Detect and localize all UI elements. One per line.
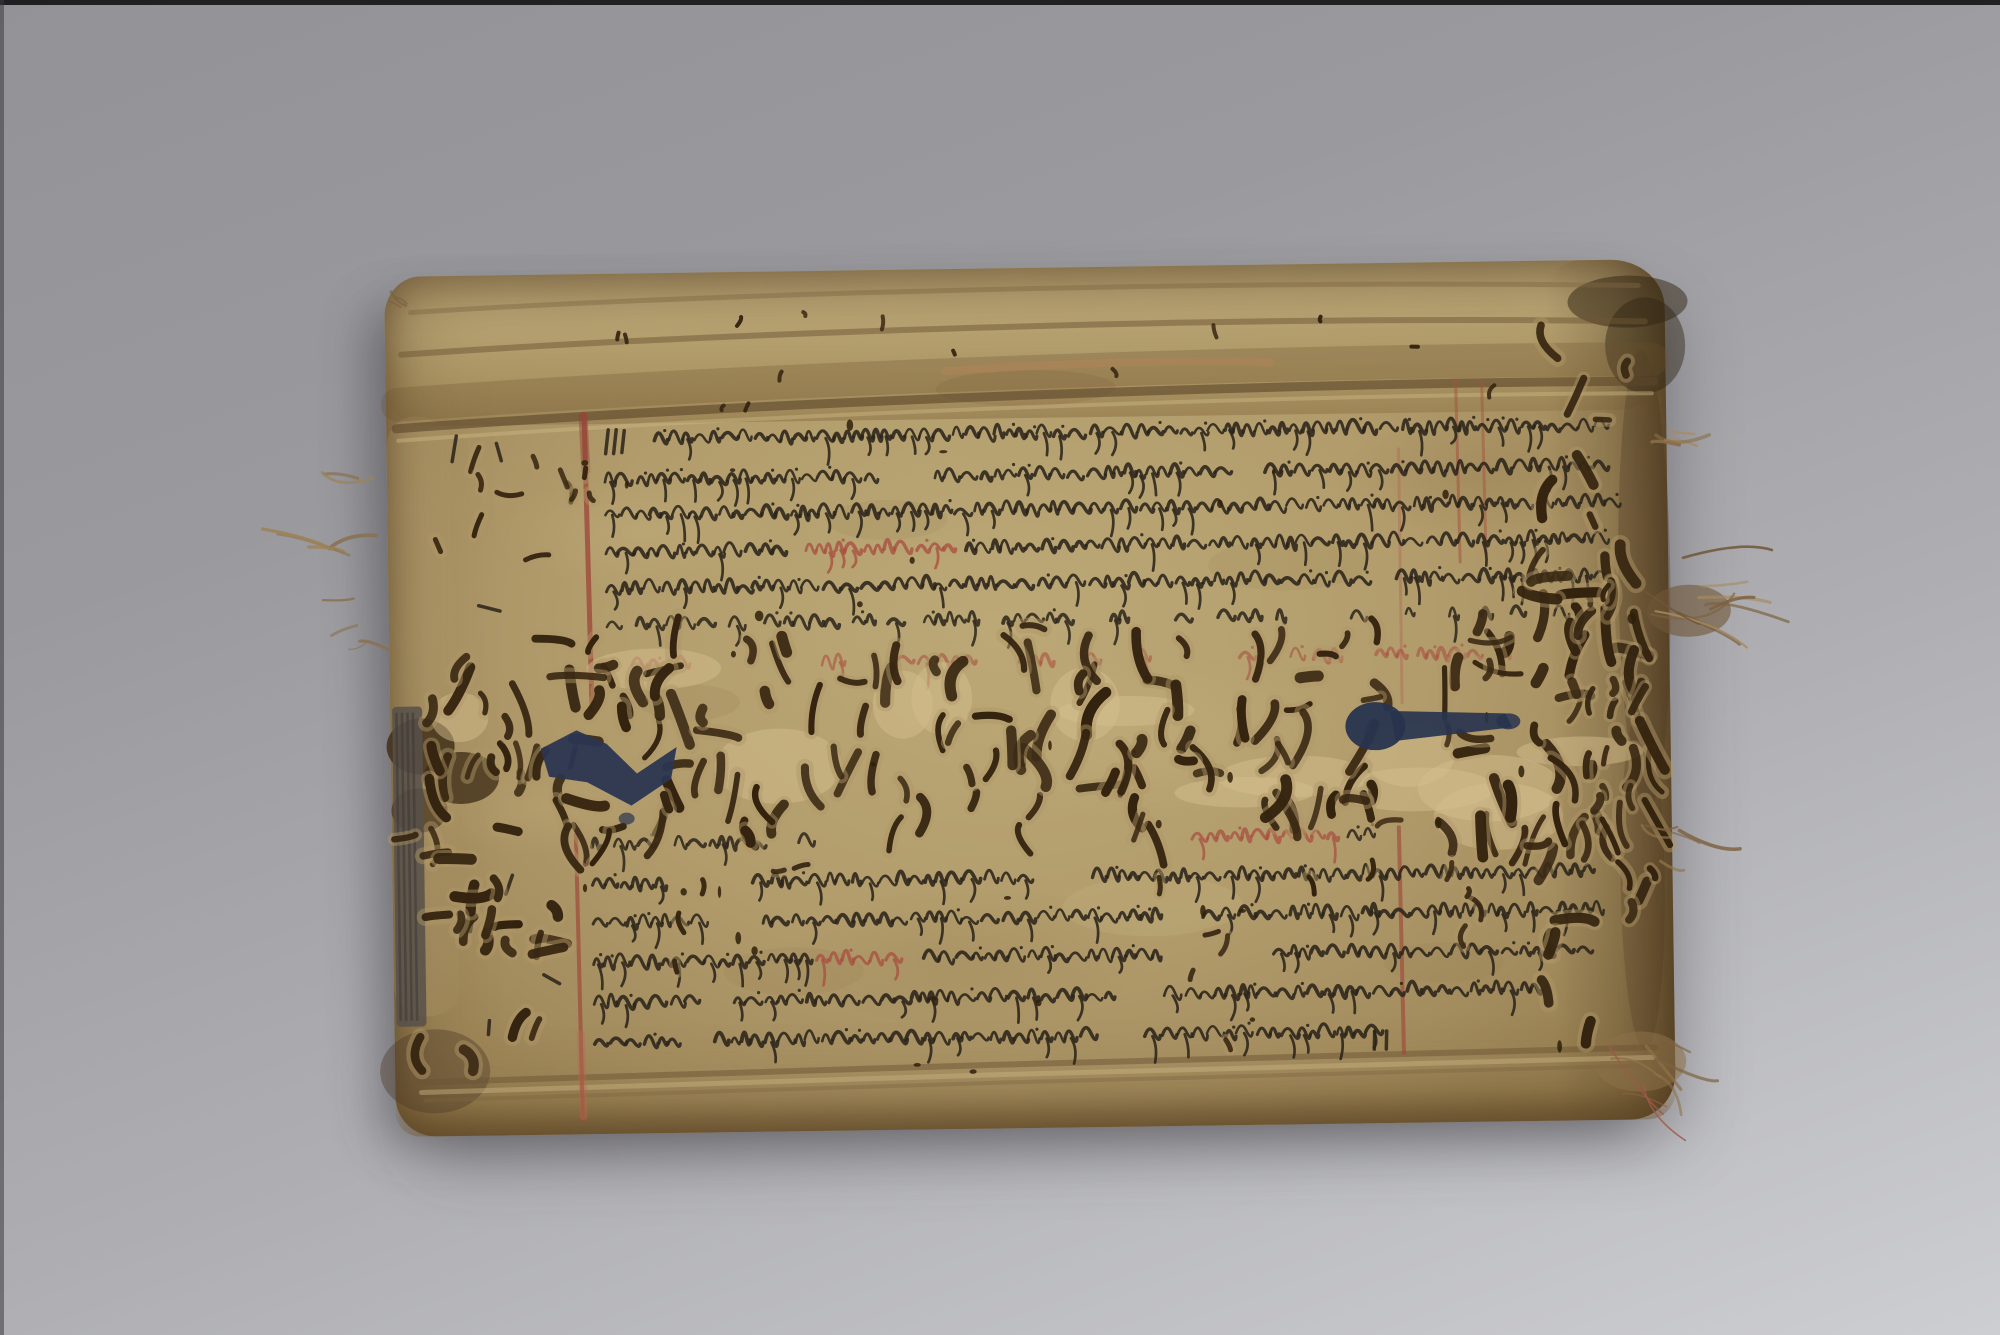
manuscript-book [384, 259, 1676, 1137]
book-detail-svg [384, 259, 1676, 1137]
photograph [0, 0, 2000, 1335]
photo-edge-top [0, 0, 2000, 5]
photo-edge-left [0, 0, 4, 1335]
